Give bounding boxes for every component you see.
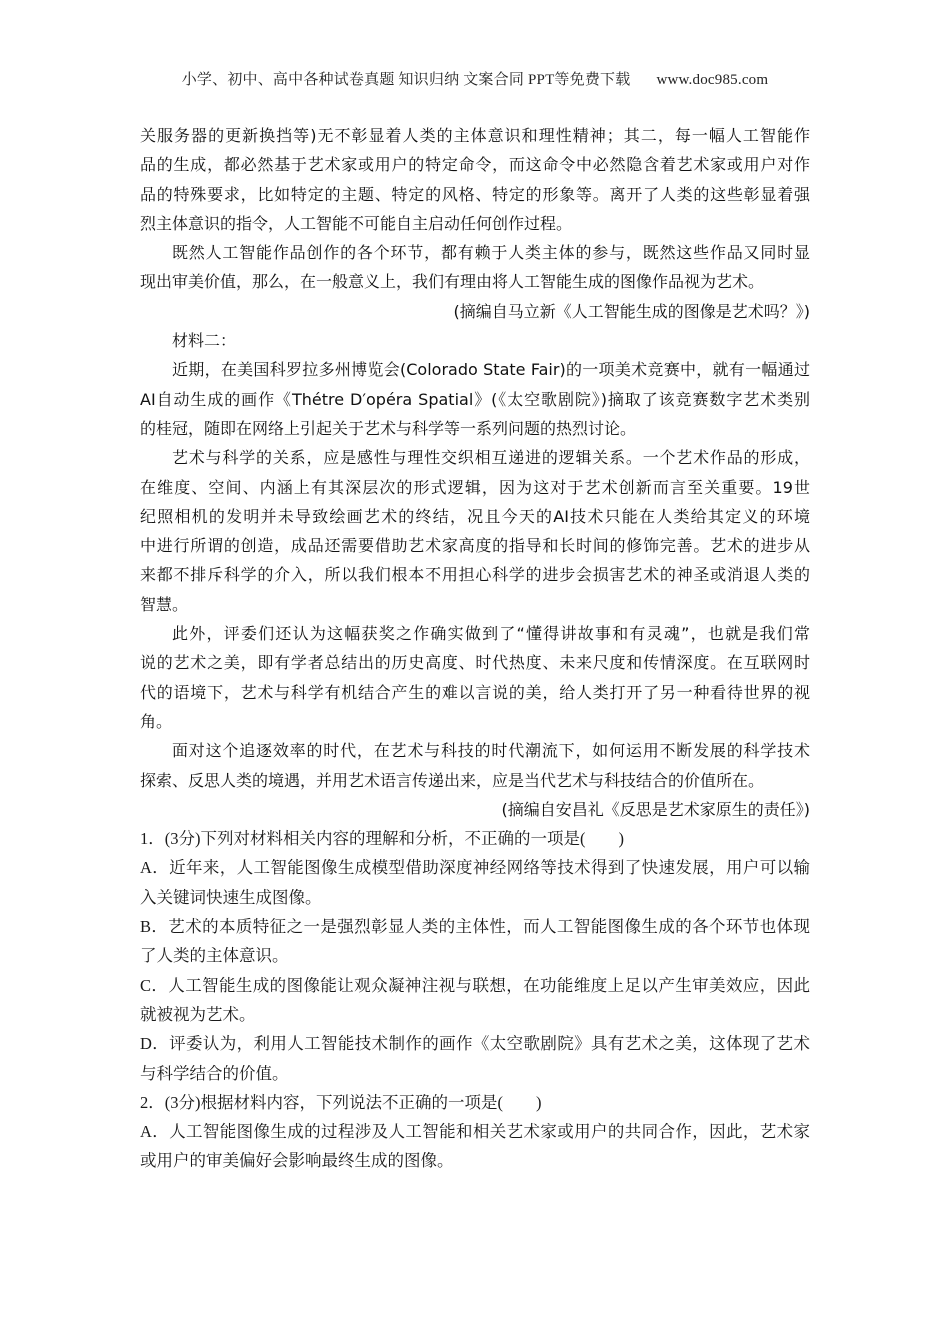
option-line: A．近年来，人工智能图像生成模型借助深度神经网络等技术得到了快速发展，用户可以输 xyxy=(140,853,810,882)
question-1: 1．(3分)下列对材料相关内容的理解和分析，不正确的一项是( ) A．近年来，人… xyxy=(140,824,810,1088)
material-one-conclusion: 既然人工智能作品创作的各个环节，都有赖于人类主体的参与，既然这些作品又同时显 现… xyxy=(140,238,810,297)
option-a[interactable]: A．近年来，人工智能图像生成模型借助深度神经网络等技术得到了快速发展，用户可以输… xyxy=(140,853,810,912)
text-line: 中进行所谓的创造，成品还需要借助艺术家高度的指导和长时间的修饰完善。艺术的进步从 xyxy=(140,531,810,560)
option-line: A．人工智能图像生成的过程涉及人工智能和相关艺术家或用户的共同合作，因此，艺术家 xyxy=(140,1117,810,1146)
question-2: 2．(3分)根据材料内容，下列说法不正确的一项是( ) A．人工智能图像生成的过… xyxy=(140,1088,810,1176)
option-line: 入关键词快速生成图像。 xyxy=(140,883,810,912)
option-c[interactable]: C．人工智能生成的图像能让观众凝神注视与联想，在功能维度上足以产生审美效应，因此… xyxy=(140,971,810,1030)
text-line: 此外，评委们还认为这幅获奖之作确实做到了“懂得讲故事和有灵魂”，也就是我们常 xyxy=(140,619,810,648)
text-line: 关服务器的更新换挡等)无不彰显着人类的主体意识和理性精神；其二，每一幅人工智能作 xyxy=(140,121,810,150)
option-line: 了人类的主体意识。 xyxy=(140,941,810,970)
text-line: 代的语境下，艺术与科学有机结合产生的难以言说的美，给人类打开了另一种看待世界的视 xyxy=(140,678,810,707)
source-citation: (摘编自马立新《人工智能生成的图像是艺术吗？》) xyxy=(140,297,810,326)
header-text: 小学、初中、高中各种试卷真题 知识归纳 文案合同 PPT等免费下载 xyxy=(182,72,631,88)
material-one-paragraph: 关服务器的更新换挡等)无不彰显着人类的主体意识和理性精神；其二，每一幅人工智能作… xyxy=(140,121,810,238)
text-line: 面对这个追逐效率的时代，在艺术与科技的时代潮流下，如何运用不断发展的科学技术 xyxy=(140,736,810,765)
document-body: 关服务器的更新换挡等)无不彰显着人类的主体意识和理性精神；其二，每一幅人工智能作… xyxy=(140,121,810,1176)
text-line: 来都不排斥科学的介入，所以我们根本不用担心科学的进步会损害艺术的神圣或消退人类的 xyxy=(140,560,810,589)
material-two-paragraph: 近期，在美国科罗拉多州博览会(Colorado State Fair)的一项美术… xyxy=(140,355,810,443)
text-line: 说的艺术之美，即有学者总结出的历史高度、时代热度、未来尺度和传情深度。在互联网时 xyxy=(140,648,810,677)
text-line: 在维度、空间、内涵上有其深层次的形式逻辑，因为这对于艺术创新而言至关重要。19世 xyxy=(140,473,810,502)
header-url[interactable]: www.doc985.com xyxy=(656,72,768,88)
text-line: 烈主体意识的指令，人工智能不可能自主启动任何创作过程。 xyxy=(140,209,810,238)
text-line: 智慧。 xyxy=(140,590,810,619)
text-line: AI自动生成的画作《Thétre D′opéra Spatial》(《太空歌剧院… xyxy=(140,385,810,414)
section-heading: 材料二： xyxy=(140,326,810,355)
option-line: 或用户的审美偏好会影响最终生成的图像。 xyxy=(140,1146,810,1175)
material-two-paragraph: 面对这个追逐效率的时代，在艺术与科技的时代潮流下，如何运用不断发展的科学技术 探… xyxy=(140,736,810,795)
material-two-paragraph: 艺术与科学的关系，应是感性与理性交织相互递进的逻辑关系。一个艺术作品的形成， 在… xyxy=(140,443,810,619)
option-line: C．人工智能生成的图像能让观众凝神注视与联想，在功能维度上足以产生审美效应，因此 xyxy=(140,971,810,1000)
text-line: 的桂冠，随即在网络上引起关于艺术与科学等一系列问题的热烈讨论。 xyxy=(140,414,810,443)
source-citation: (摘编自安昌礼《反思是艺术家原生的责任》) xyxy=(140,795,810,824)
option-b[interactable]: B．艺术的本质特征之一是强烈彰显人类的主体性，而人工智能图像生成的各个环节也体现… xyxy=(140,912,810,971)
option-line: B．艺术的本质特征之一是强烈彰显人类的主体性，而人工智能图像生成的各个环节也体现 xyxy=(140,912,810,941)
text-line: 艺术与科学的关系，应是感性与理性交织相互递进的逻辑关系。一个艺术作品的形成， xyxy=(140,443,810,472)
option-line: D．评委认为，利用人工智能技术制作的画作《太空歌剧院》具有艺术之美，这体现了艺术 xyxy=(140,1029,810,1058)
question-stem: 1．(3分)下列对材料相关内容的理解和分析，不正确的一项是( ) xyxy=(140,824,810,853)
text-line: 近期，在美国科罗拉多州博览会(Colorado State Fair)的一项美术… xyxy=(140,355,810,384)
option-a[interactable]: A．人工智能图像生成的过程涉及人工智能和相关艺术家或用户的共同合作，因此，艺术家… xyxy=(140,1117,810,1176)
page-header: 小学、初中、高中各种试卷真题 知识归纳 文案合同 PPT等免费下载www.doc… xyxy=(0,68,950,89)
option-line: 就被视为艺术。 xyxy=(140,1000,810,1029)
text-line: 探索、反思人类的境遇，并用艺术语言传递出来，应是当代艺术与科技结合的价值所在。 xyxy=(140,766,810,795)
text-line: 品的生成，都必然基于艺术家或用户的特定命令，而这命令中必然隐含着艺术家或用户对作 xyxy=(140,150,810,179)
material-two-paragraph: 此外，评委们还认为这幅获奖之作确实做到了“懂得讲故事和有灵魂”，也就是我们常 说… xyxy=(140,619,810,736)
option-line: 与科学结合的价值。 xyxy=(140,1059,810,1088)
text-line: 角。 xyxy=(140,707,810,736)
option-d[interactable]: D．评委认为，利用人工智能技术制作的画作《太空歌剧院》具有艺术之美，这体现了艺术… xyxy=(140,1029,810,1088)
question-stem: 2．(3分)根据材料内容，下列说法不正确的一项是( ) xyxy=(140,1088,810,1117)
text-line: 纪照相机的发明并未导致绘画艺术的终结，况且今天的AI技术只能在人类给其定义的环境 xyxy=(140,502,810,531)
text-line: 既然人工智能作品创作的各个环节，都有赖于人类主体的参与，既然这些作品又同时显 xyxy=(140,238,810,267)
text-line: 现出审美价值，那么，在一般意义上，我们有理由将人工智能生成的图像作品视为艺术。 xyxy=(140,267,810,296)
text-line: 品的特殊要求，比如特定的主题、特定的风格、特定的形象等。离开了人类的这些彰显着强 xyxy=(140,180,810,209)
